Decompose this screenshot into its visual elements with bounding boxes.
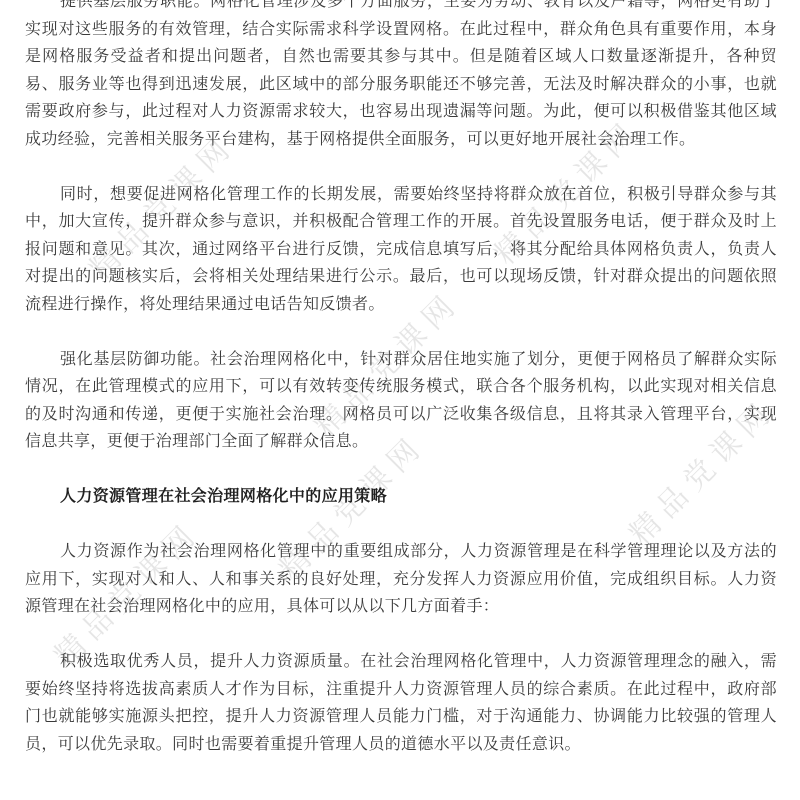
paragraph-talent-selection: 积极选取优秀人员，提升人力资源质量。在社会治理网格化管理中，人力资源管理理念的融… bbox=[25, 648, 777, 758]
document-page[interactable]: 精品党课网 精品党课网 精品党课网 精品党课网 精品党课网 精品党课网 提供基层… bbox=[0, 0, 800, 800]
section-heading-hr-strategy: 人力资源管理在社会治理网格化中的应用策略 bbox=[25, 483, 777, 511]
paragraph-public-participation: 同时，想要促进网格化管理工作的长期发展，需要始终坚持将群众放在首位，积极引导群众… bbox=[25, 181, 777, 319]
document-content: 提供基层服务职能。网格化管理涉及多个方面服务，主要为劳动、教育以及户籍等，网格更… bbox=[25, 0, 777, 786]
paragraph-grid-service-function: 提供基层服务职能。网格化管理涉及多个方面服务，主要为劳动、教育以及户籍等，网格更… bbox=[25, 0, 777, 153]
paragraph-grassroots-defense: 强化基层防御功能。社会治理网格化中，针对群众居住地实施了划分，更便于网格员了解群… bbox=[25, 346, 777, 456]
paragraph-hr-overview: 人力资源作为社会治理网格化管理中的重要组成部分，人力资源管理是在科学管理理论以及… bbox=[25, 538, 777, 621]
